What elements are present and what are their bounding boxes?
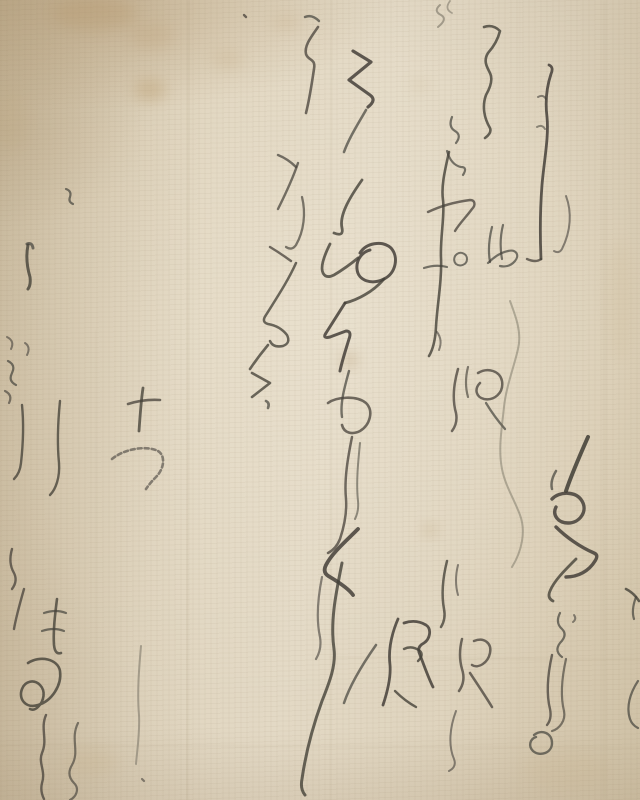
ink-stroke [14,405,23,479]
ink-stroke [428,200,474,231]
ink-stroke [328,398,370,433]
ink-stroke [552,493,584,523]
ink-stroke [322,244,358,277]
ink-stroke [301,563,342,795]
ink-stroke [484,26,500,138]
ink-stroke [266,401,269,408]
manuscript-photo [0,0,640,800]
ink-stroke [334,180,362,234]
paper-stain [0,90,28,150]
ink-stroke [244,15,246,17]
stroke-group [5,1,639,800]
ink-stroke [395,691,416,707]
ink-stroke [252,373,270,397]
ink-stroke [54,599,61,653]
ink-stroke [437,5,444,27]
ink-stroke [437,332,441,350]
ink-stroke [540,65,552,259]
ink-stroke [286,197,304,249]
paper-stain [272,14,300,30]
ink-stroke [27,245,30,289]
paper-crease [95,330,96,800]
ink-stroke [466,367,468,397]
ink-stroke [449,711,456,771]
paper-stain [410,79,430,91]
paper-stain [134,79,166,101]
ink-stroke [447,1,452,13]
ink-stroke [470,673,492,707]
ink-stroke [50,401,60,495]
ink-stroke [112,448,163,489]
ink-stroke [128,400,160,404]
ink-stroke [5,391,10,403]
ink-stroke [489,227,492,262]
ink-stroke [278,155,296,167]
paper-crease [330,657,640,660]
paper-stain [212,50,244,70]
ink-stroke [139,388,143,431]
ink-stroke [357,243,396,281]
ink-stroke [459,639,463,691]
ink-stroke [530,732,552,754]
ink-stroke [547,655,552,725]
ink-stroke [573,615,575,622]
ink-stroke [429,152,449,356]
ink-stroke [633,597,636,619]
ink-stroke [472,640,490,667]
ink-stroke [7,337,12,349]
ink-stroke [527,259,541,261]
ink-stroke [441,561,447,627]
ink-stroke [451,117,459,143]
ink-stroke [14,589,24,629]
ink-stroke [341,371,349,417]
ink-stroke [537,126,545,129]
ink-stroke [306,27,318,113]
ink-stroke [142,779,144,781]
ink-stroke [456,565,458,595]
ink-stroke [566,437,588,491]
ink-stroke [626,589,639,601]
ink-stroke [355,443,360,519]
ink-stroke [424,266,447,268]
ink-stroke [41,715,46,799]
ink-stroke [25,343,29,355]
ink-stroke [21,659,60,710]
ink-stroke [305,16,319,21]
calligraphy-layer [0,0,640,800]
ink-stroke [250,345,268,369]
ink-stroke [554,196,570,252]
ink-stroke [278,163,298,209]
ink-stroke [556,527,597,577]
paper-crease [605,0,606,800]
ink-stroke [316,577,322,659]
paper-stain [53,0,137,30]
paper-stain [523,750,607,790]
ink-stroke [452,369,458,431]
paper-crease [519,0,520,800]
ink-stroke [552,659,566,731]
ink-stroke [264,263,296,346]
ink-stroke [10,549,15,589]
ink-stroke [454,253,467,266]
ink-stroke [628,681,638,728]
ink-stroke [549,559,576,601]
paper-stain [424,525,436,535]
ink-stroke [557,613,564,657]
ink-stroke [344,645,376,703]
ink-stroke [552,471,557,489]
paper-crease [187,0,189,800]
ink-stroke [349,51,373,107]
ink-stroke [538,96,546,99]
ink-stroke [477,370,503,399]
ink-stroke [66,189,73,204]
crease-group [0,0,640,800]
ink-stroke [404,621,433,687]
paper-stain [130,22,174,50]
ink-stroke [344,110,366,152]
ink-stroke [8,361,16,385]
